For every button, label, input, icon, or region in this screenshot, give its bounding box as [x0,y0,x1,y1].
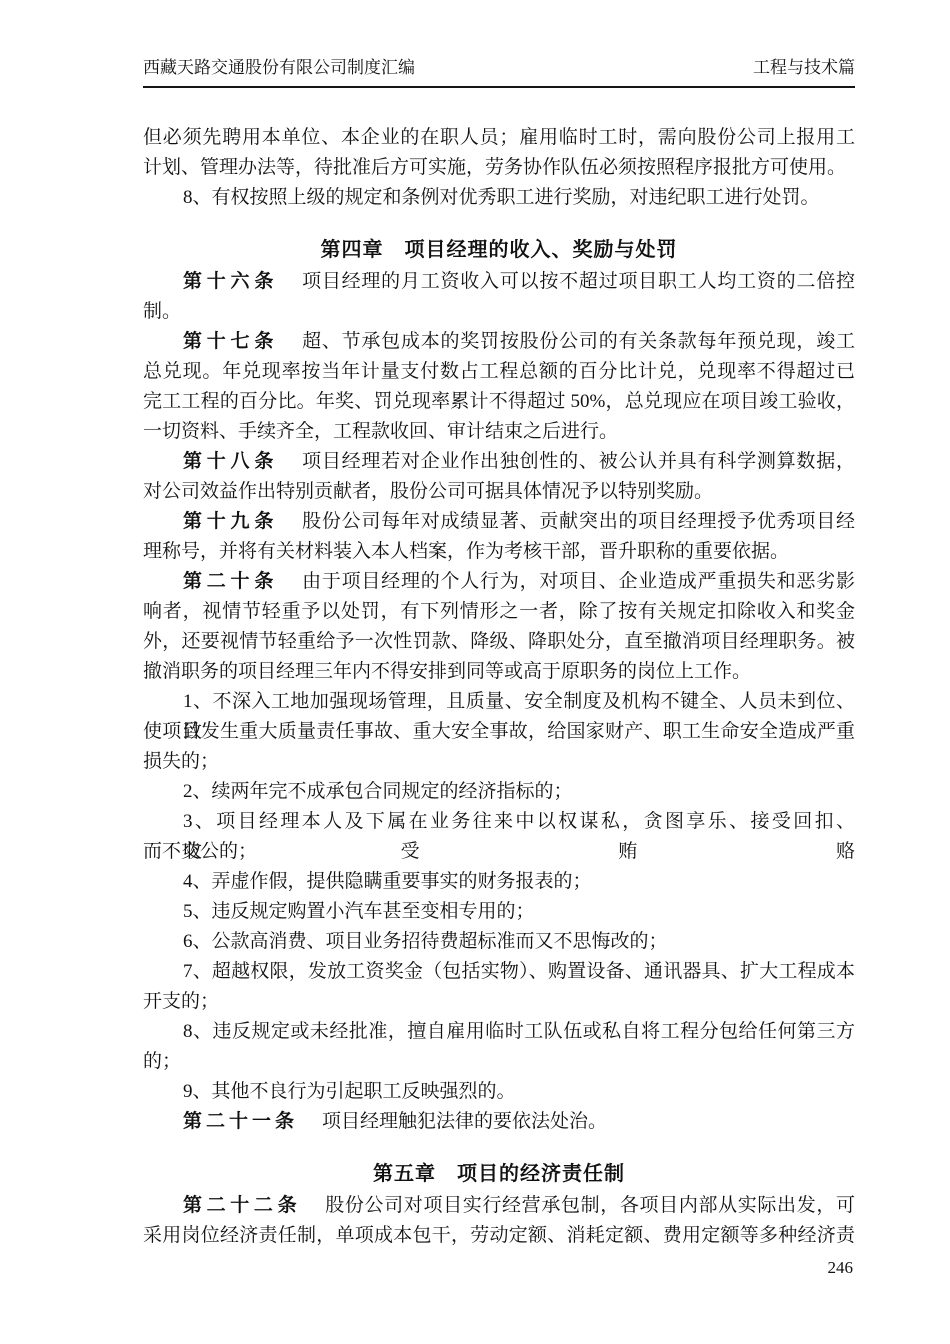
text-line: 8、违反规定或未经批准，擅自雇用临时工队伍或私自将工程分包给任何第三方 [143,1017,855,1047]
text-line: 8、有权按照上级的规定和条例对优秀职工进行奖励，对违纪职工进行处罚。 [143,183,855,213]
text-line: 开支的； [143,987,855,1017]
text-line: 3、项目经理本人及下属在业务往来中以权谋私，贪图享乐、接受回扣、收受贿赂 [143,807,855,837]
chapter-heading: 第四章 项目经理的收入、奖励与处罚 [143,235,855,265]
page-number: 246 [828,1258,854,1278]
article-text: 股份公司每年对成绩显著、贡献突出的项目经理授予优秀项目经 [302,511,855,532]
text-line: 计划、管理办法等，待批准后方可实施，劳务协作队伍必须按照程序报批方可使用。 [143,153,855,183]
text-line: 撤消职务的项目经理三年内不得安排到同等或高于原职务的岗位上工作。 [143,657,855,687]
text-line: 5、违反规定购置小汽车甚至变相专用的； [143,897,855,927]
article-text: 超、节承包成本的奖罚按股份公司的有关条款每年预兑现，竣工 [302,331,855,352]
text-line: 第十八条项目经理若对企业作出独创性的、被公认并具有科学测算数据， [143,447,855,477]
text-line: 2、续两年完不成承包合同规定的经济指标的； [143,777,855,807]
page-header: 西藏天路交通股份有限公司制度汇编 工程与技术篇 [143,56,855,88]
text-line: 完工工程的百分比。年奖、罚兑现率累计不得超过 50%，总兑现应在项目竣工验收， [143,387,855,417]
text-line: 4、弄虚作假，提供隐瞒重要事实的财务报表的； [143,867,855,897]
text-line: 第十七条超、节承包成本的奖罚按股份公司的有关条款每年预兑现，竣工 [143,327,855,357]
text-line: 7、超越权限，发放工资奖金（包括实物）、购置设备、通讯器具、扩大工程成本 [143,957,855,987]
text-line: 第二十二条股份公司对项目实行经营承包制，各项目内部从实际出发，可 [143,1191,855,1221]
text-line: 外，还要视情节轻重给予一次性罚款、降级、降职处分，直至撤消项目经理职务。被 [143,627,855,657]
text-line: 1、不深入工地加强现场管理，且质量、安全制度及机构不键全、人员未到位、致 [143,687,855,717]
text-line: 响者，视情节轻重予以处罚，有下列情形之一者，除了按有关规定扣除收入和奖金 [143,597,855,627]
article-text: 项目经理触犯法律的要依法处治。 [322,1111,607,1132]
article-number: 第二十二条 [183,1195,301,1216]
article-text: 由于项目经理的个人行为，对项目、企业造成严重损失和恶劣影 [302,571,855,592]
text-line: 使项目发生重大质量责任事故、重大安全事故，给国家财产、职工生命安全造成严重 [143,717,855,747]
text-line: 的； [143,1047,855,1077]
text-line: 第十六条项目经理的月工资收入可以按不超过项目职工人均工资的二倍控 [143,267,855,297]
document-body: 但必须先聘用本单位、本企业的在职人员；雇用临时工时，需向股份公司上报用工计划、管… [143,123,855,1251]
article-number: 第十六条 [183,271,278,292]
text-line: 一切资料、手续齐全，工程款收回、审计结束之后进行。 [143,417,855,447]
article-text: 项目经理的月工资收入可以按不超过项目职工人均工资的二倍控 [302,271,855,292]
chapter-heading: 第五章 项目的经济责任制 [143,1159,855,1189]
text-line: 总兑现。年兑现率按当年计量支付数占工程总额的百分比计兑，兑现率不得超过已 [143,357,855,387]
header-left-title: 西藏天路交通股份有限公司制度汇编 [143,56,415,80]
text-line: 第二十一条项目经理触犯法律的要依法处治。 [143,1107,855,1137]
document-page: { "header": { "left_title": "西藏天路交通股份有限公… [0,0,950,1344]
text-line: 第二十条由于项目经理的个人行为，对项目、企业造成严重损失和恶劣影 [143,567,855,597]
text-line: 6、公款高消费、项目业务招待费超标准而又不思悔改的； [143,927,855,957]
article-number: 第十八条 [183,451,278,472]
article-number: 第十七条 [183,331,278,352]
article-text: 项目经理若对企业作出独创性的、被公认并具有科学测算数据， [302,451,855,472]
text-line: 采用岗位经济责任制，单项成本包干，劳动定额、消耗定额、费用定额等多种经济责 [143,1221,855,1251]
text-line: 第十九条股份公司每年对成绩显著、贡献突出的项目经理授予优秀项目经 [143,507,855,537]
text-line: 损失的； [143,747,855,777]
article-text: 股份公司对项目实行经营承包制，各项目内部从实际出发，可 [325,1195,855,1216]
header-right-title: 工程与技术篇 [753,56,855,80]
text-line: 但必须先聘用本单位、本企业的在职人员；雇用临时工时，需向股份公司上报用工 [143,123,855,153]
text-line: 制。 [143,297,855,327]
text-line: 理称号，并将有关材料装入本人档案，作为考核干部，晋升职称的重要依据。 [143,537,855,567]
article-number: 第十九条 [183,511,278,532]
article-number: 第二十一条 [183,1111,298,1132]
article-number: 第二十条 [183,571,278,592]
text-line: 9、其他不良行为引起职工反映强烈的。 [143,1077,855,1107]
text-line: 对公司效益作出特别贡献者，股份公司可据具体情况予以特别奖励。 [143,477,855,507]
